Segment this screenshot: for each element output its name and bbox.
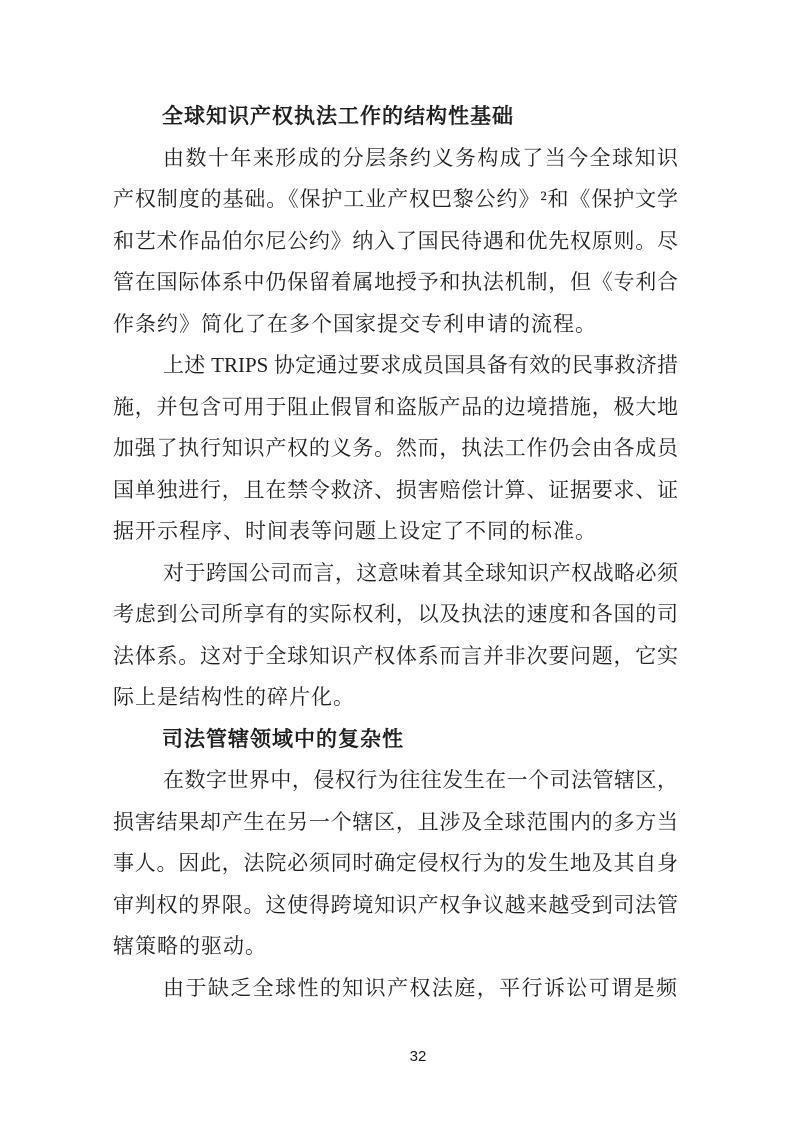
text-line: 际上是结构性的碎片化。: [113, 677, 678, 719]
paragraph: 对于跨国公司而言，这意味着其全球知识产权战略必须考虑到公司所享有的实际权利，以及…: [113, 553, 678, 719]
paragraph: 上述 TRIPS 协定通过要求成员国具备有效的民事救济措施，并包含可用于阻止假冒…: [113, 345, 678, 553]
paragraph: 在数字世界中，侵权行为往往发生在一个司法管辖区，损害结果却产生在另一个辖区，且涉…: [113, 760, 678, 968]
section-heading: 司法管辖领域中的复杂性: [113, 719, 678, 761]
text-line: 由于缺乏全球性的知识产权法庭，平行诉讼可谓是频繁: [113, 968, 678, 1010]
section-heading: 全球知识产权执法工作的结构性基础: [113, 96, 678, 138]
text-line: 据开示程序、时间表等问题上设定了不同的标准。: [113, 511, 678, 553]
text-line: 审判权的界限。这使得跨境知识产权争议越来越受到司法管: [113, 885, 678, 927]
text-line: 作条约》简化了在多个国家提交专利申请的流程。: [113, 304, 678, 346]
text-line: 在数字世界中，侵权行为往往发生在一个司法管辖区，: [113, 760, 678, 802]
text-line: 考虑到公司所享有的实际权利，以及执法的速度和各国的司: [113, 594, 678, 636]
paragraph: 由数十年来形成的分层条约义务构成了当今全球知识产权制度的基础。《保护工业产权巴黎…: [113, 138, 678, 346]
text-line: 管在国际体系中仍保留着属地授予和执法机制，但《专利合: [113, 262, 678, 304]
text-line: 法体系。这对于全球知识产权体系而言并非次要问题，它实: [113, 636, 678, 678]
document-body: 全球知识产权执法工作的结构性基础由数十年来形成的分层条约义务构成了当今全球知识产…: [113, 96, 678, 1009]
text-line: 施，并包含可用于阻止假冒和盗版产品的边境措施，极大地: [113, 387, 678, 429]
paragraph: 由于缺乏全球性的知识产权法庭，平行诉讼可谓是频繁: [113, 968, 678, 1010]
text-line: 产权制度的基础。《保护工业产权巴黎公约》²和《保护文学: [113, 179, 678, 221]
text-line: 损害结果却产生在另一个辖区，且涉及全球范围内的多方当: [113, 802, 678, 844]
page-number: 32: [403, 1048, 433, 1065]
text-line: 由数十年来形成的分层条约义务构成了当今全球知识: [113, 138, 678, 180]
text-line: 对于跨国公司而言，这意味着其全球知识产权战略必须: [113, 553, 678, 595]
text-line: 和艺术作品伯尔尼公约》纳入了国民待遇和优先权原则。尽: [113, 221, 678, 263]
text-line: 加强了执行知识产权的义务。然而，执法工作仍会由各成员: [113, 428, 678, 470]
document-page: 全球知识产权执法工作的结构性基础由数十年来形成的分层条约义务构成了当今全球知识产…: [0, 0, 793, 1122]
text-line: 事人。因此，法院必须同时确定侵权行为的发生地及其自身: [113, 843, 678, 885]
text-line: 辖策略的驱动。: [113, 926, 678, 968]
text-line: 上述 TRIPS 协定通过要求成员国具备有效的民事救济措: [113, 345, 678, 387]
text-line: 国单独进行，且在禁令救济、损害赔偿计算、证据要求、证: [113, 470, 678, 512]
